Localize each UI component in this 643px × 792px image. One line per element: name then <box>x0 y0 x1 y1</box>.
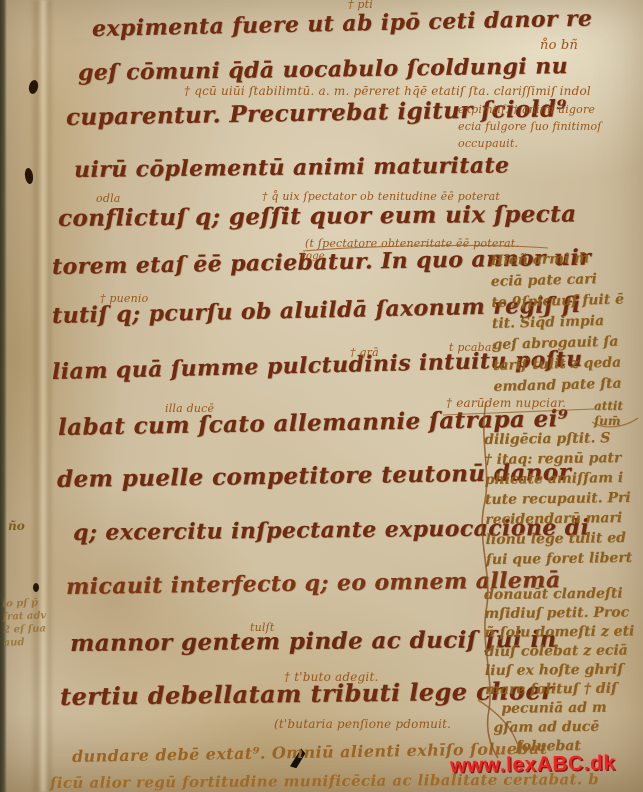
interlinear-gloss: tulſt <box>250 621 275 634</box>
marginal-gloss: ecia fulgore ſuo finitimoſ <box>458 120 602 133</box>
margin-note-line: donauāt clandeſti <box>484 584 634 605</box>
interlinear-gloss: † pti <box>348 0 373 11</box>
margin-note-line: attit <box>594 399 623 414</box>
margin-note-line: aud <box>3 635 47 650</box>
margin-note-line: pecuniā ad m <box>501 698 635 718</box>
interlinear-gloss: illa ducē <box>165 402 214 415</box>
margin-note-line: diuſ colebat z eciā <box>485 641 635 662</box>
left-margin-nota: ño <box>8 519 25 533</box>
page-edge <box>0 0 7 792</box>
margin-note-line: lionū lege tulit ed <box>485 528 632 550</box>
interlinear-gloss: † puenio <box>100 292 148 305</box>
interlinear-gloss: roge <box>301 251 325 262</box>
margin-note-line: recidendarū mari <box>485 508 632 530</box>
margin-note-line: ſum̄ <box>594 414 623 429</box>
interlinear-gloss: † earūdem nupciar. <box>446 396 566 410</box>
margin-note-line: liuſ ex hoſte ghriſ <box>485 660 635 681</box>
margin-note-line: ñ ſolu domeſti z eti <box>484 622 634 643</box>
manuscript-line: expimenta fuere ut ab ipō ceti danor re <box>92 6 593 42</box>
margin-note-line: mare ſolituſ † diſ <box>485 679 635 700</box>
interlinear-gloss: † grā <box>350 346 379 359</box>
interlinear-gloss: † q̊ uix ſpectator ob tenitudine ēē pote… <box>262 190 500 203</box>
nota-bene-mark: n̊o bñ <box>540 38 578 53</box>
margin-note-line: emdand pate ſta <box>493 373 626 397</box>
manuscript-line: geſ cōmuni q̄dā uocabulo ſcoldungi nu <box>78 53 568 86</box>
marginal-gloss: expimtiſ. † animi uigore <box>458 103 595 116</box>
margin-note-line: diligēcia pſtit. S <box>484 428 631 450</box>
right-margin-annotations: attit ſum̄ <box>594 399 623 429</box>
margin-note-line: gſam ad ducē <box>493 717 635 737</box>
interlinear-gloss: † qcū uiūi ſtabilimtū. a. m. pēreret hq̄… <box>184 84 591 98</box>
margin-note-line: te 9ſpicuuſ fuit ē <box>491 290 624 314</box>
interlinear-gloss: odla <box>96 192 121 205</box>
margin-note-line: mſidiuſ petit. Proc <box>484 603 634 624</box>
margin-note-line: ſui que foret libert <box>486 548 633 570</box>
manuscript-page: expimenta fuere ut ab ipō ceti danor re … <box>0 0 643 792</box>
interlinear-gloss: (t'butaria penſione pdomuit. <box>274 717 451 731</box>
left-margin-faded-notes: io pſ p̄ ſrat adv 2 eſ ſua aud <box>2 596 47 649</box>
watermark-url: www.lexABC.dk <box>450 752 616 779</box>
right-margin-annotations: Hieñ armi m̄ eciā pate cari te 9ſpicuuſ … <box>490 248 626 398</box>
interlinear-gloss: t pcabat <box>449 341 496 354</box>
right-margin-annotations: diligēcia pſtit. S † itaq: regnū patr ph… <box>484 428 632 570</box>
interlinear-gloss: (t ſpectatore obteneritate ēē poterat. <box>305 237 519 250</box>
binding-crease <box>30 0 54 792</box>
worm-hole <box>33 583 39 592</box>
margin-note-line: phicate amiſſam i <box>485 468 632 490</box>
interlinear-gloss: † t'buto adegit. <box>284 670 379 684</box>
margin-note-line: tute recupauit. Pri <box>485 488 632 510</box>
manuscript-line: conflictuſ q; geſſit quor eum uix ſpecta <box>58 200 577 232</box>
margin-note-line: † itaq: regnū patr <box>484 448 631 470</box>
right-margin-annotations: donauāt clandeſti mſidiuſ petit. Proc ñ … <box>484 584 636 757</box>
margin-note-line: 2 eſ ſua <box>3 622 47 637</box>
marginal-gloss: occupauit. <box>458 137 518 150</box>
manuscript-line: uirū cōplementū animi maturitate <box>74 152 510 183</box>
